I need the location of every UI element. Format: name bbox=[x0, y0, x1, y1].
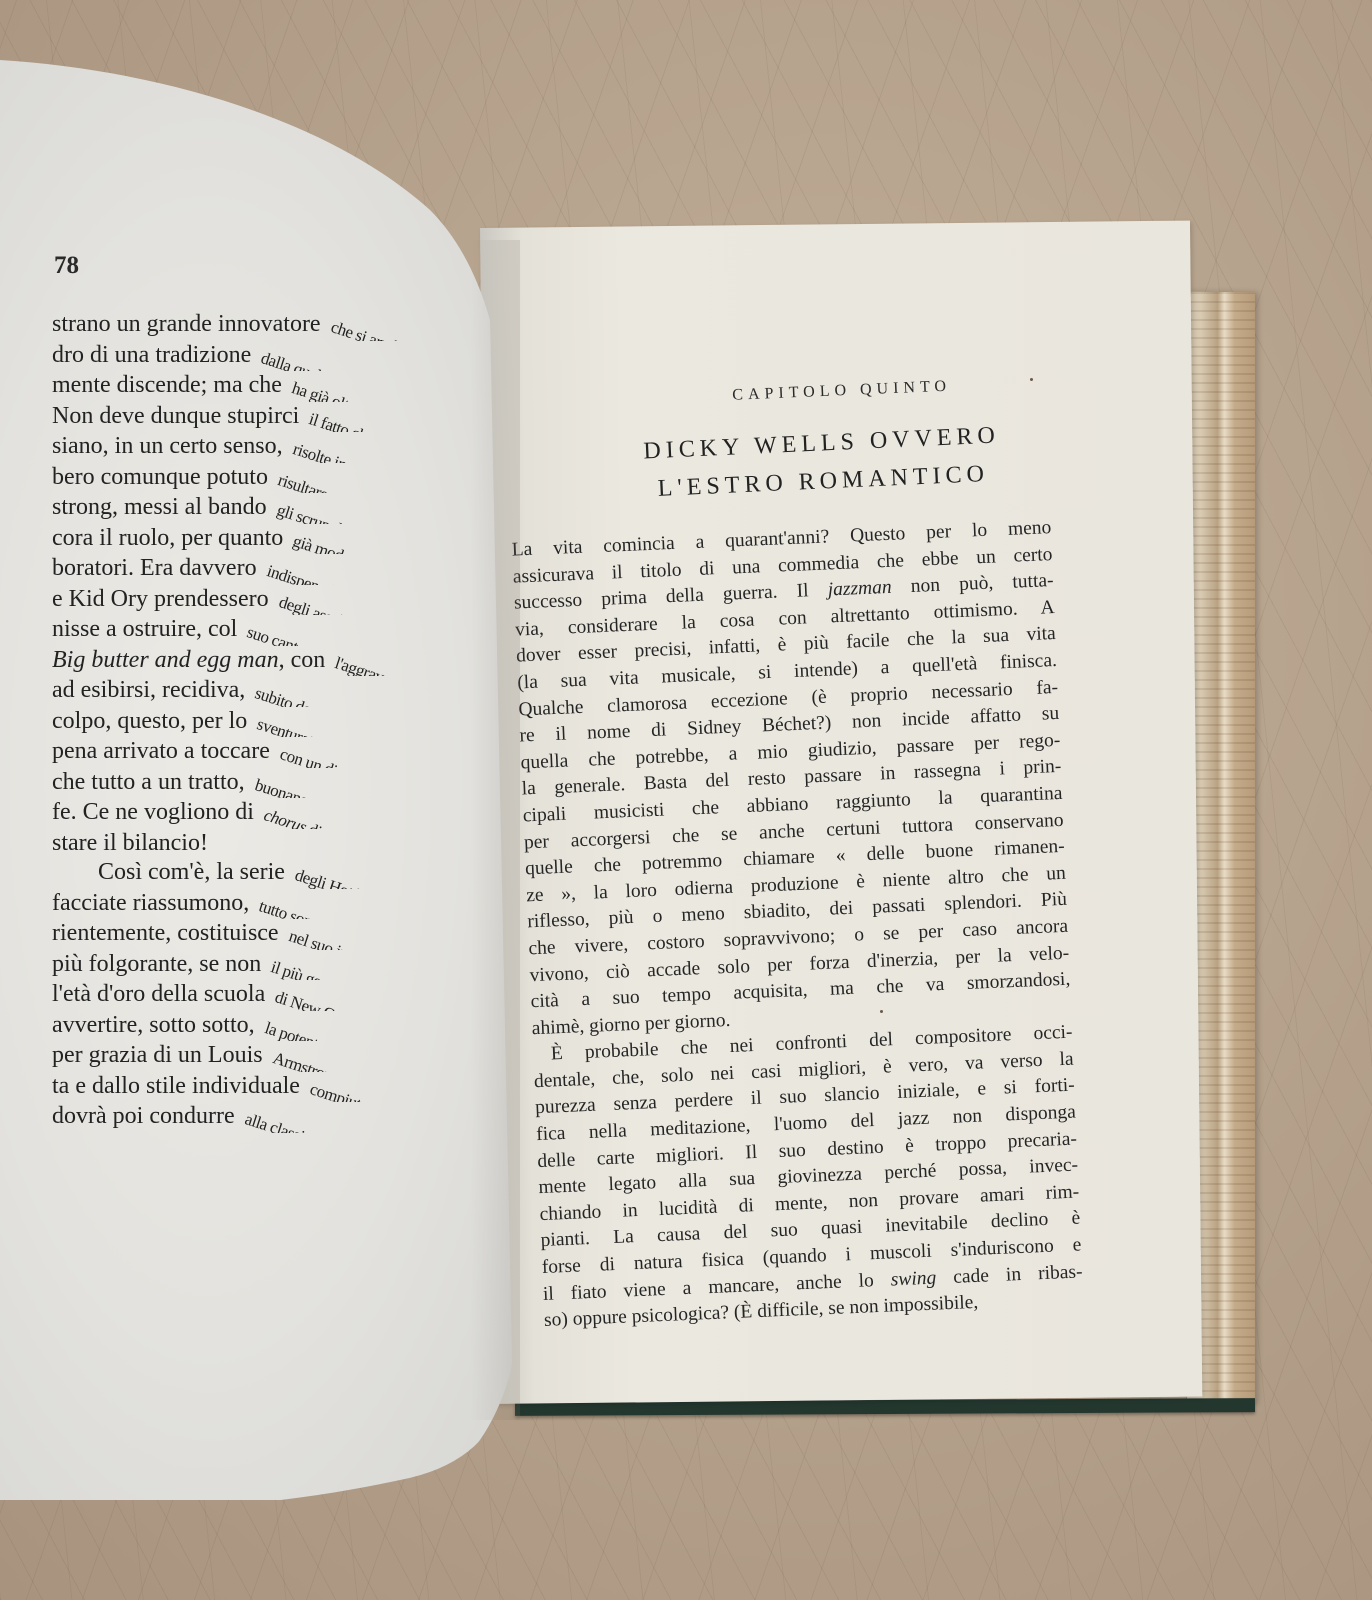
right-page-body-text: La vita comincia a quarant'anni? Questo … bbox=[511, 515, 1084, 1335]
curved-text-tail: Armstrong dalla rimica bbox=[269, 1043, 419, 1071]
text-line: avvertire, sotto sotto, la potente spint… bbox=[52, 1011, 492, 1042]
paper-speck bbox=[1030, 378, 1033, 381]
text-line: strano un grande innovatore che si arrab… bbox=[52, 310, 492, 341]
chapter-title: DICKY WELLS OVVERO L'ESTRO ROMANTICO bbox=[551, 412, 1094, 512]
text-line: Così com'è, la serie degli Hot Five, che… bbox=[52, 858, 492, 889]
chapter-label: CAPITOLO QUINTO bbox=[642, 374, 1042, 409]
text-line: Non deve dunque stupirci il fatto che qu… bbox=[52, 402, 492, 433]
text-line: stare il bilancio! bbox=[52, 829, 492, 859]
curved-text-tail: gli scrupoli, avesse bbox=[273, 495, 396, 523]
curved-text-tail: ha già oltrepassato bbox=[288, 373, 408, 401]
text-line: siano, in un certo senso, risolte in un … bbox=[52, 432, 492, 463]
italic-term: jazzman bbox=[827, 577, 892, 601]
curved-text-tail: nel suo insieme il docu bbox=[285, 921, 432, 949]
left-page: 78 strano un grande innovatore che si ar… bbox=[0, 60, 520, 1500]
curved-text-tail: chorus di Armstrong per bbox=[260, 800, 417, 828]
text-line: cora il ruolo, per quanto già modesto, d… bbox=[52, 524, 492, 555]
curved-text-tail: di New Orleans. Già vi bbox=[271, 982, 419, 1010]
curved-text-tail: dalla quale, è pur vero bbox=[257, 343, 399, 371]
curved-text-tail: buonanotte, ecco questi bbox=[251, 770, 401, 798]
text-line: bero comunque potuto risultare più belle bbox=[52, 463, 492, 494]
curved-text-tail: risultare più belle bbox=[274, 465, 387, 493]
text-line: strong, messi al bando gli scrupoli, ave… bbox=[52, 493, 492, 524]
text-line: più folgorante, se non il più genuino, d… bbox=[52, 950, 492, 981]
gutter-shadow bbox=[470, 240, 520, 1420]
paper-speck bbox=[880, 1010, 883, 1013]
curved-text-tail: che si arrabatta bbox=[327, 312, 426, 340]
text-line: Big butter and egg man, con l'aggravante bbox=[52, 646, 492, 677]
curved-text-tail: suo canto, un intero bbox=[243, 617, 370, 645]
right-page: CAPITOLO QUINTO DICKY WELLS OVVERO L'EST… bbox=[480, 221, 1202, 1404]
curved-text-tail: sventurato ascoltatore bbox=[253, 709, 393, 737]
text-line: mente discende; ma che ha già oltrepassa… bbox=[52, 371, 492, 402]
text-line: dro di una tradizione dalla quale, è pur… bbox=[52, 341, 492, 372]
text-line: l'età d'oro della scuola di New Orleans.… bbox=[52, 980, 492, 1011]
curved-text-tail: degli assolo, e che Ma bbox=[275, 587, 418, 615]
curved-text-tail: compiutamente n bbox=[306, 1074, 420, 1102]
curved-text-tail: l'aggravante bbox=[331, 648, 413, 676]
curved-text-tail: con un dito il cielo bbox=[276, 739, 397, 767]
text-line: boratori. Era davvero indispensabile che… bbox=[52, 554, 492, 585]
text-line: facciate riassumono, tutto sommato, abba… bbox=[52, 889, 492, 920]
curved-text-tail: degli Hot Five, che qui bbox=[291, 860, 438, 888]
curved-text-tail: indispensabile che Lil bbox=[263, 556, 404, 584]
curved-text-tail: già modesto, dei propri bbox=[289, 526, 437, 554]
curved-text-tail: tutto sommato, abbastanza bbox=[255, 891, 424, 919]
italic-term: chorus bbox=[262, 805, 313, 828]
text-line: nisse a ostruire, col suo canto, un inte… bbox=[52, 615, 492, 646]
text-line: dovrà poi condurre alla classicità. bbox=[52, 1102, 492, 1133]
text-line: e Kid Ory prendessero degli assolo, e ch… bbox=[52, 585, 492, 616]
text-line: fe. Ce ne vogliono di chorus di Armstron… bbox=[52, 798, 492, 829]
curved-text-tail: subito dopo la comemia bbox=[251, 678, 405, 706]
text-line: rientemente, costituisce nel suo insieme… bbox=[52, 919, 492, 950]
curved-text-tail: risolte in un fiasco bbox=[289, 434, 408, 462]
curved-text-tail: il più genuino, di quella bbox=[267, 952, 418, 980]
italic-term: swing bbox=[890, 1267, 936, 1290]
curved-text-tail: alla classicità. bbox=[241, 1104, 333, 1132]
text-line: che tutto a un tratto, buonanotte, ecco … bbox=[52, 768, 492, 799]
text-line: per grazia di un Louis Armstrong dalla r… bbox=[52, 1041, 492, 1072]
text-line: ta e dallo stile individuale compiutamen… bbox=[52, 1072, 492, 1103]
italic-term: Big butter and egg man bbox=[52, 647, 279, 673]
text-line: pena arrivato a toccare con un dito il c… bbox=[52, 737, 492, 768]
left-page-body-text: strano un grande innovatore che si arrab… bbox=[52, 310, 492, 1133]
photo-scene: CAPITOLO QUINTO DICKY WELLS OVVERO L'EST… bbox=[0, 0, 1372, 1600]
curved-text-tail: la potente spinta crea bbox=[261, 1013, 397, 1041]
curved-text-tail: il fatto che questi bbox=[305, 404, 417, 432]
text-line: ad esibirsi, recidiva, subito dopo la co… bbox=[52, 676, 492, 707]
page-number: 78 bbox=[54, 252, 79, 280]
text-line: colpo, questo, per lo sventurato ascolta… bbox=[52, 707, 492, 738]
